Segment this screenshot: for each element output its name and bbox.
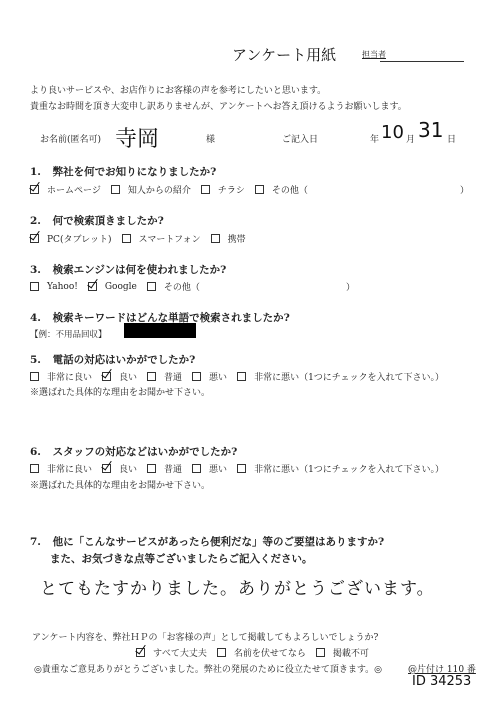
- question-2-options: PC(タブレット) スマートフォン 携帯: [30, 232, 246, 245]
- question-number: 7.: [30, 536, 41, 548]
- question-5-options: 非常に良い 良い 普通 悪い 非常に悪い（1つにチェックを入れて下さい。）: [30, 370, 444, 383]
- feedback-answer[interactable]: とてもたすかりました。ありがとうございます。: [40, 574, 435, 599]
- question-7: 7. 他に「こんなサービスがあったら便利だな」等のご要望はありますか?: [30, 534, 384, 549]
- question-2: 2. 何で検索頂きましたか?: [30, 213, 164, 228]
- question-number: 5.: [30, 354, 41, 366]
- option-label: スマートフォン: [139, 232, 201, 245]
- checkbox-average[interactable]: [147, 464, 156, 473]
- checkbox-very-good[interactable]: [30, 464, 39, 473]
- checkbox-homepage[interactable]: [30, 185, 39, 194]
- checkbox-good[interactable]: [102, 372, 111, 381]
- question-text: 他に「こんなサービスがあったら便利だな」等のご要望はありますか?: [53, 536, 385, 548]
- option-label: Yahoo!: [47, 282, 78, 292]
- checkbox-yahoo[interactable]: [30, 282, 39, 291]
- option-label: 悪い: [209, 462, 227, 475]
- publish-options: すべて大丈夫 名前を伏せてなら 掲載不可: [136, 646, 369, 659]
- close-paren: ）: [346, 280, 355, 293]
- checkbox-very-bad[interactable]: [237, 464, 246, 473]
- option-label: 非常に悪い（1つにチェックを入れて下さい。）: [254, 462, 444, 475]
- option-label: 普通: [164, 370, 182, 383]
- option-label: 名前を伏せてなら: [234, 646, 306, 659]
- option-label: ホームページ: [47, 183, 101, 196]
- checkbox-mobile[interactable]: [211, 234, 220, 243]
- staff-signature-line: [380, 61, 464, 62]
- record-id: ID 34253: [412, 674, 471, 689]
- option-label: 携帯: [228, 232, 246, 245]
- option-label: 知人からの紹介: [128, 183, 191, 196]
- staff-label: 担当者: [362, 49, 386, 60]
- keyword-example: 【例：不用品回収】: [30, 328, 107, 340]
- checkbox-average[interactable]: [147, 372, 156, 381]
- option-label: 良い: [119, 370, 137, 383]
- checkbox-referral[interactable]: [111, 185, 120, 194]
- question-1: 1. 弊社を何でお知りになりましたか?: [30, 164, 216, 179]
- question-7-line-2: また、お気づきな点等ございましたらご記入ください。: [50, 551, 313, 566]
- question-6: 6. スタッフの対応などはいかがでしたか?: [30, 444, 237, 459]
- month-value[interactable]: 10: [381, 122, 404, 143]
- checkbox-smartphone[interactable]: [122, 234, 131, 243]
- question-number: 2.: [30, 215, 41, 227]
- checkbox-all-ok[interactable]: [136, 648, 145, 657]
- question-1-options: ホームページ 知人からの紹介 チラシ その他（: [30, 183, 308, 196]
- option-label: 非常に良い: [47, 462, 92, 475]
- question-text: スタッフの対応などはいかがでしたか?: [53, 446, 238, 458]
- option-label: 非常に悪い（1つにチェックを入れて下さい。）: [254, 370, 444, 383]
- question-number: 1.: [30, 166, 41, 178]
- option-label: 掲載不可: [333, 646, 369, 659]
- option-label: すべて大丈夫: [153, 646, 207, 659]
- question-text: 検索エンジンは何を使われましたか?: [53, 264, 227, 276]
- checkbox-other[interactable]: [147, 282, 156, 291]
- intro-line-1: より良いサービスや、お店作りにお客様の声を参考にしたいと思います。: [30, 83, 326, 96]
- year-label: 年: [370, 132, 379, 145]
- checkbox-pc[interactable]: [30, 234, 39, 243]
- reason-note: ※選ばれた具体的な理由をお聞かせ下さい。: [30, 385, 210, 398]
- checkbox-good[interactable]: [102, 464, 111, 473]
- checkbox-other[interactable]: [255, 185, 264, 194]
- checkbox-anonymous[interactable]: [217, 648, 226, 657]
- option-label: 普通: [164, 462, 182, 475]
- close-paren: ）: [460, 183, 469, 196]
- checkbox-bad[interactable]: [192, 464, 201, 473]
- name-value[interactable]: 寺岡: [115, 122, 159, 153]
- option-label: PC(タブレット): [47, 232, 112, 245]
- checkbox-bad[interactable]: [192, 372, 201, 381]
- redacted-keyword-answer: [124, 323, 196, 338]
- form-title: アンケート用紙: [232, 44, 336, 65]
- intro-line-2: 貴重なお時間を頂き大変申し訳ありませんが、アンケートへお答え頂けるようお願いしま…: [30, 99, 407, 112]
- option-label: 良い: [119, 462, 137, 475]
- question-text: 何で検索頂きましたか?: [53, 215, 164, 227]
- question-3-options: Yahoo! Google その他（: [30, 280, 200, 293]
- checkbox-very-bad[interactable]: [237, 372, 246, 381]
- month-label: 月: [406, 132, 415, 145]
- option-label: チラシ: [218, 183, 245, 196]
- question-5: 5. 電話の対応はいかがでしたか?: [30, 352, 195, 367]
- checkbox-google[interactable]: [88, 282, 97, 291]
- question-number: 3.: [30, 264, 41, 276]
- date-label: ご記入日: [282, 132, 318, 145]
- question-number: 6.: [30, 446, 41, 458]
- question-number: 4.: [30, 312, 41, 324]
- reason-note: ※選ばれた具体的な理由をお聞かせ下さい。: [30, 478, 210, 491]
- name-label: お名前(匿名可): [40, 132, 101, 145]
- option-label: その他（: [272, 183, 308, 196]
- question-3: 3. 検索エンジンは何を使われましたか?: [30, 262, 226, 277]
- checkbox-not-allowed[interactable]: [316, 648, 325, 657]
- option-label: 悪い: [209, 370, 227, 383]
- honorific: 様: [206, 132, 215, 145]
- question-text: 電話の対応はいかがでしたか?: [53, 354, 196, 366]
- question-text: 弊社を何でお知りになりましたか?: [53, 166, 217, 178]
- day-value[interactable]: 31: [418, 118, 443, 142]
- option-label: 非常に良い: [47, 370, 92, 383]
- day-label: 日: [447, 132, 456, 145]
- checkbox-very-good[interactable]: [30, 372, 39, 381]
- question-6-options: 非常に良い 良い 普通 悪い 非常に悪い（1つにチェックを入れて下さい。）: [30, 462, 444, 475]
- publish-question: アンケート内容を、弊社ＨＰの「お客様の声」として掲載してもよろしいでしょうか?: [32, 630, 378, 643]
- checkbox-flyer[interactable]: [201, 185, 210, 194]
- option-label: その他（: [164, 280, 200, 293]
- thanks-message: ◎貴重なご意見ありがとうございました。弊社の発展のために役立たせて頂きます。◎: [34, 662, 382, 675]
- option-label: Google: [105, 282, 137, 292]
